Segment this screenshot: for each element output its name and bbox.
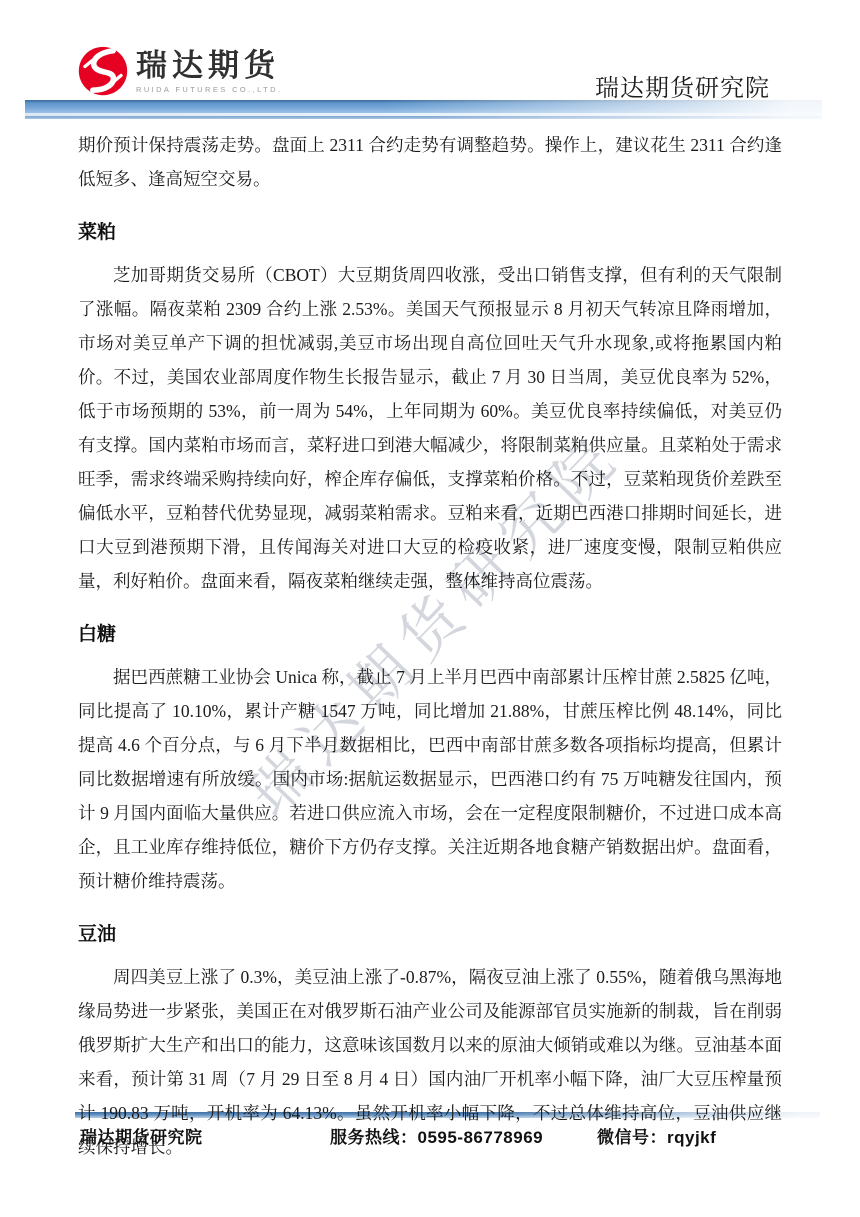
sugar-heading: 白糖 xyxy=(78,622,782,648)
header-divider-bar xyxy=(25,100,822,119)
header-bar-stripe-main xyxy=(25,100,822,113)
ruida-logo-icon xyxy=(76,44,130,98)
brand-name-cn: 瑞达期货 xyxy=(136,49,282,83)
section-rapeseed-meal: 菜粕 芝加哥期货交易所（CBOT）大豆期货周四收涨，受出口销售支撑，但有利的天气… xyxy=(78,220,782,598)
rapeseed-meal-paragraph: 芝加哥期货交易所（CBOT）大豆期货周四收涨，受出口销售支撑，但有利的天气限制了… xyxy=(78,258,782,598)
ruida-futures-logo: 瑞达期货 RUIDA FUTURES CO.,LTD. xyxy=(76,44,282,98)
header-bar-stripe-thin xyxy=(25,116,822,119)
header-institute-title: 瑞达期货研究院 xyxy=(595,68,770,103)
soybean-oil-heading: 豆油 xyxy=(78,922,782,948)
section-sugar: 白糖 据巴西蔗糖工业协会 Unica 称，截止 7 月上半月巴西中南部累计压榨甘… xyxy=(78,622,782,898)
soybean-oil-paragraph: 周四美豆上涨了 0.3%，美豆油上涨了-0.87%，隔夜豆油上涨了 0.55%，… xyxy=(78,960,782,1164)
report-body: 期价预计保持震荡走势。盘面上 2311 合约走势有调整趋势。操作上，建议花生 2… xyxy=(78,128,782,1164)
section-soybean-oil: 豆油 周四美豆上涨了 0.3%，美豆油上涨了-0.87%，隔夜豆油上涨了 0.5… xyxy=(78,922,782,1164)
rapeseed-meal-heading: 菜粕 xyxy=(78,220,782,246)
sugar-paragraph: 据巴西蔗糖工业协会 Unica 称，截止 7 月上半月巴西中南部累计压榨甘蔗 2… xyxy=(78,660,782,898)
brand-name-en: RUIDA FUTURES CO.,LTD. xyxy=(136,85,282,94)
intro-paragraph: 期价预计保持震荡走势。盘面上 2311 合约走势有调整趋势。操作上，建议花生 2… xyxy=(78,128,782,196)
report-page: 瑞达期货 RUIDA FUTURES CO.,LTD. 瑞达期货研究院 瑞达期货… xyxy=(0,0,860,1217)
logo-text: 瑞达期货 RUIDA FUTURES CO.,LTD. xyxy=(136,49,282,94)
